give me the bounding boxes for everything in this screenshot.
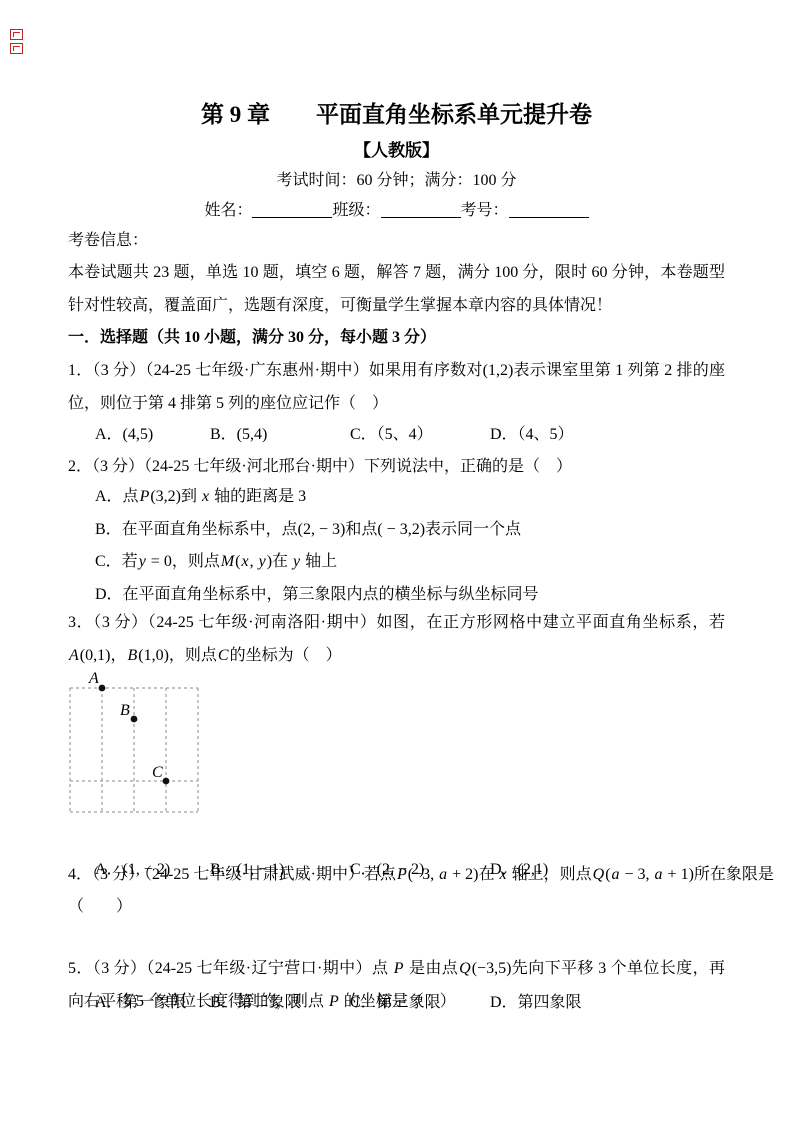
q2-option-a[interactable]: A．点P(3,2)到 x 轴的距离是 3: [95, 481, 752, 514]
red-stamp-icon: [10, 43, 23, 54]
point-dot-c: [163, 778, 170, 785]
point-label-c: C: [152, 764, 163, 781]
q2-option-c[interactable]: C．若y = 0，则点M(x, y)在 y 轴上: [95, 546, 752, 579]
question-2-stem: 2．（3 分）（24-25 七年级·河北邢台·期中）下列说法中，正确的是（ ）: [68, 450, 725, 483]
question-1-stem: 1．（3 分）（24-25 七年级·广东惠州·期中）如果用有序数对(1,2)表示…: [68, 354, 725, 420]
q1-option-a[interactable]: A．(4,5): [95, 418, 153, 451]
exam-info-heading: 考卷信息：: [68, 224, 725, 257]
edition-label: 【人教版】: [68, 134, 725, 167]
question-3-stem: 3．（3 分）（24-25 七年级·河南洛阳·期中）如图，在正方形网格中建立平面…: [68, 606, 725, 672]
question-2-options: A．点P(3,2)到 x 轴的距离是 3 B．在平面直角坐标系中，点(2, − …: [68, 481, 752, 611]
exam-info-paragraph: 本卷试题共 23 题，单选 10 题，填空 6 题，解答 7 题，满分 100 …: [68, 256, 725, 322]
exam-time-info: 考试时间：60 分钟；满分：100 分: [68, 164, 725, 197]
dashed-grid-diagram: A B C: [63, 666, 208, 818]
page-title: 第 9 章 平面直角坐标系单元提升卷: [68, 100, 725, 130]
q1-option-d[interactable]: D．（4、5）: [490, 418, 574, 451]
question-4-answer-paren: （ ）: [68, 890, 725, 923]
point-dot-a: [99, 685, 106, 692]
point-label-b: B: [120, 702, 130, 719]
name-field-row: 姓名：班级：考号：: [68, 194, 725, 227]
section-1-heading: 一．选择题（共 10 小题，满分 30 分，每小题 3 分）: [68, 321, 725, 354]
q2-option-b[interactable]: B．在平面直角坐标系中，点(2, − 3)和点( − 3,2)表示同一个点: [95, 514, 752, 547]
q1-option-b[interactable]: B．(5,4): [210, 418, 267, 451]
exam-document-page: 第 9 章 平面直角坐标系单元提升卷 【人教版】 考试时间：60 分钟；满分：1…: [0, 0, 793, 1122]
name-label: 姓名：: [204, 202, 252, 219]
examno-label: 考号：: [461, 202, 509, 219]
question-4-stem: 4．（3 分）（24-25 七年级·甘肃武威·期中）若点P(−3, a + 2)…: [68, 858, 725, 891]
examno-blank-field[interactable]: [509, 201, 589, 218]
class-label: 班级：: [332, 202, 380, 219]
name-blank-field[interactable]: [252, 201, 332, 218]
question-1-options: A．(4,5) B．(5,4) C．（5、4） D．（4、5）: [68, 418, 725, 451]
point-label-a: A: [88, 670, 99, 687]
point-dot-b: [131, 716, 138, 723]
question-5-stem: 5．（3 分）（24-25 七年级·辽宁营口·期中）点 P 是由点Q(−3,5)…: [68, 952, 725, 1018]
q3-grid-figure: A B C: [63, 666, 208, 818]
q1-option-c[interactable]: C．（5、4）: [350, 418, 433, 451]
red-stamp-group: [10, 29, 23, 57]
red-stamp-icon: [10, 29, 23, 40]
class-blank-field[interactable]: [381, 201, 461, 218]
